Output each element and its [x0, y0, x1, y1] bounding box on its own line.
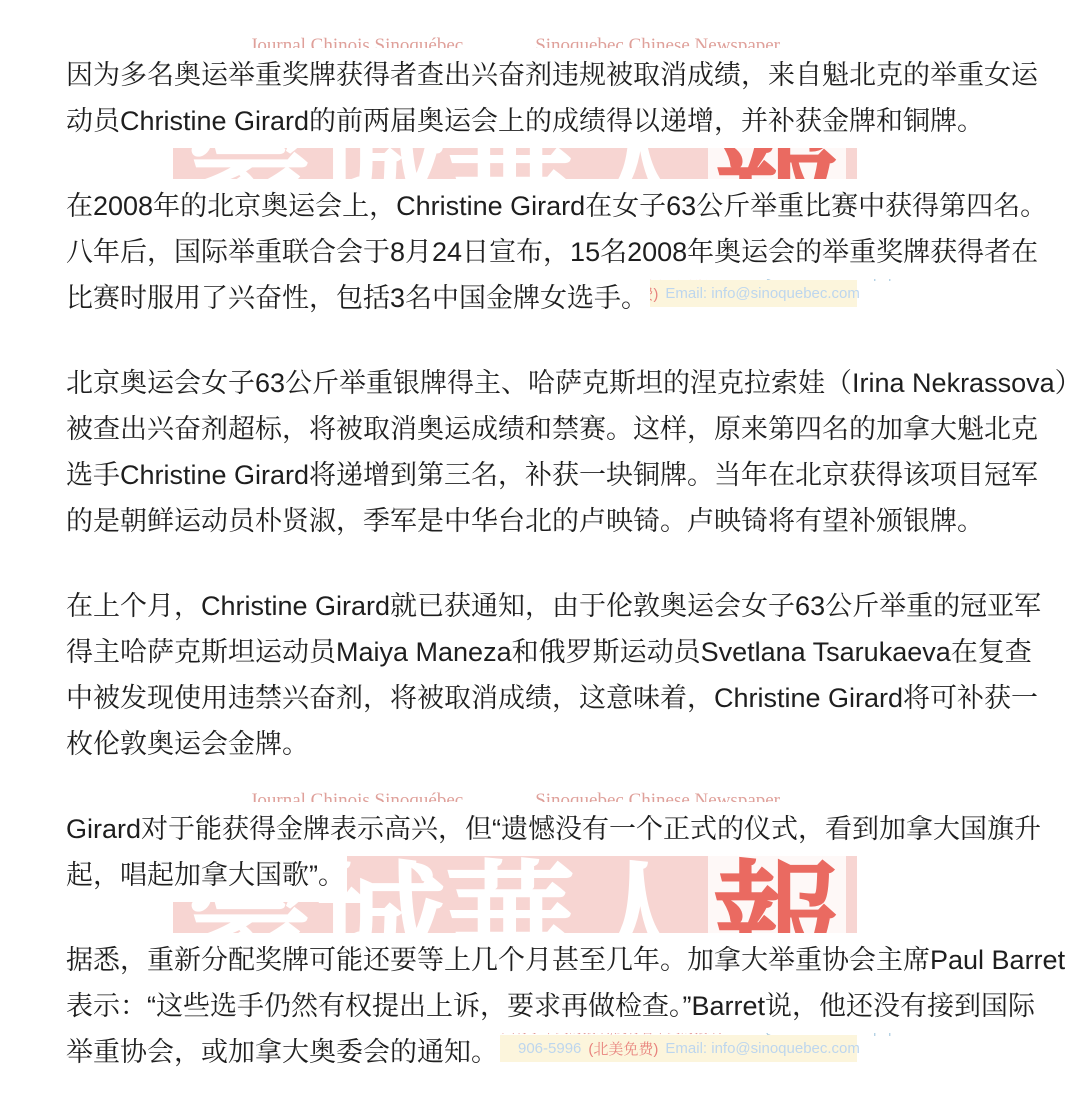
- article-paragraph: 在2008年的北京奥运会上，Christine Girard在女子63公斤举重比…: [64, 183, 1024, 321]
- article-paragraph: 据悉，重新分配奖牌可能还要等上几个月甚至几年。加拿大举重协会主席Paul Bar…: [64, 937, 1024, 1075]
- article-line: 举重协会，或加拿大奥委会的通知。: [64, 1029, 1024, 1075]
- article-line: Girard对于能获得金牌表示高兴，但“遗憾没有一个正式的仪式，看到加拿大国旗升: [64, 806, 1024, 852]
- article-body: 因为多名奥运举重奖牌获得者查出兴奋剂违规被取消成绩，来自魁北克的举重女运动员Ch…: [64, 52, 1024, 1114]
- article-line: 八年后，国际举重联合会于8月24日宣布，15名2008年奥运会的举重奖牌获得者在: [64, 229, 1024, 275]
- article-paragraph: 在上个月，Christine Girard就已获通知，由于伦敦奥运会女子63公斤…: [64, 583, 1024, 767]
- article-paragraph: 北京奥运会女子63公斤举重银牌得主、哈萨克斯坦的涅克拉索娃（Irina Nekr…: [64, 360, 1024, 544]
- article-line: 在上个月，Christine Girard就已获通知，由于伦敦奥运会女子63公斤…: [64, 583, 1024, 629]
- article-line: 选手Christine Girard将递增到第三名，补获一块铜牌。当年在北京获得…: [64, 452, 1024, 498]
- article-paragraph: Girard对于能获得金牌表示高兴，但“遗憾没有一个正式的仪式，看到加拿大国旗升…: [64, 806, 1024, 898]
- article-line: 表示：“这些选手仍然有权提出上诉，要求再做检查。”Barret说，他还没有接到国…: [64, 983, 1024, 1029]
- article-line: 中被发现使用违禁兴奋剂，将被取消成绩，这意味着，Christine Girard…: [64, 675, 1024, 721]
- article-line: 北京奥运会女子63公斤举重银牌得主、哈萨克斯坦的涅克拉索娃（Irina Nekr…: [64, 360, 1024, 406]
- article-line: 枚伦敦奥运会金牌。: [64, 721, 1024, 767]
- article-line: 因为多名奥运举重奖牌获得者查出兴奋剂违规被取消成绩，来自魁北克的举重女运: [64, 52, 1024, 98]
- article-line: 比赛时服用了兴奋性，包括3名中国金牌女选手。: [64, 275, 1024, 321]
- article-line: 被查出兴奋剂超标，将被取消奥运成绩和禁赛。这样，原来第四名的加拿大魁北克: [64, 406, 1024, 452]
- article-line: 动员Christine Girard的前两届奥运会上的成绩得以递增，并补获金牌和…: [64, 98, 1024, 144]
- article-line: 据悉，重新分配奖牌可能还要等上几个月甚至几年。加拿大举重协会主席Paul Bar…: [64, 937, 1024, 983]
- article-line: 起，唱起加拿大国歌”。: [64, 852, 1024, 898]
- article-line: 的是朝鲜运动员朴贤淑，季军是中华台北的卢映锜。卢映锜将有望补颁银牌。: [64, 498, 1024, 544]
- article-line: 得主哈萨克斯坦运动员Maiya Maneza和俄罗斯运动员Svetlana Ts…: [64, 629, 1024, 675]
- article-paragraph: 因为多名奥运举重奖牌获得者查出兴奋剂违规被取消成绩，来自魁北克的举重女运动员Ch…: [64, 52, 1024, 144]
- article-line: 在2008年的北京奥运会上，Christine Girard在女子63公斤举重比…: [64, 183, 1024, 229]
